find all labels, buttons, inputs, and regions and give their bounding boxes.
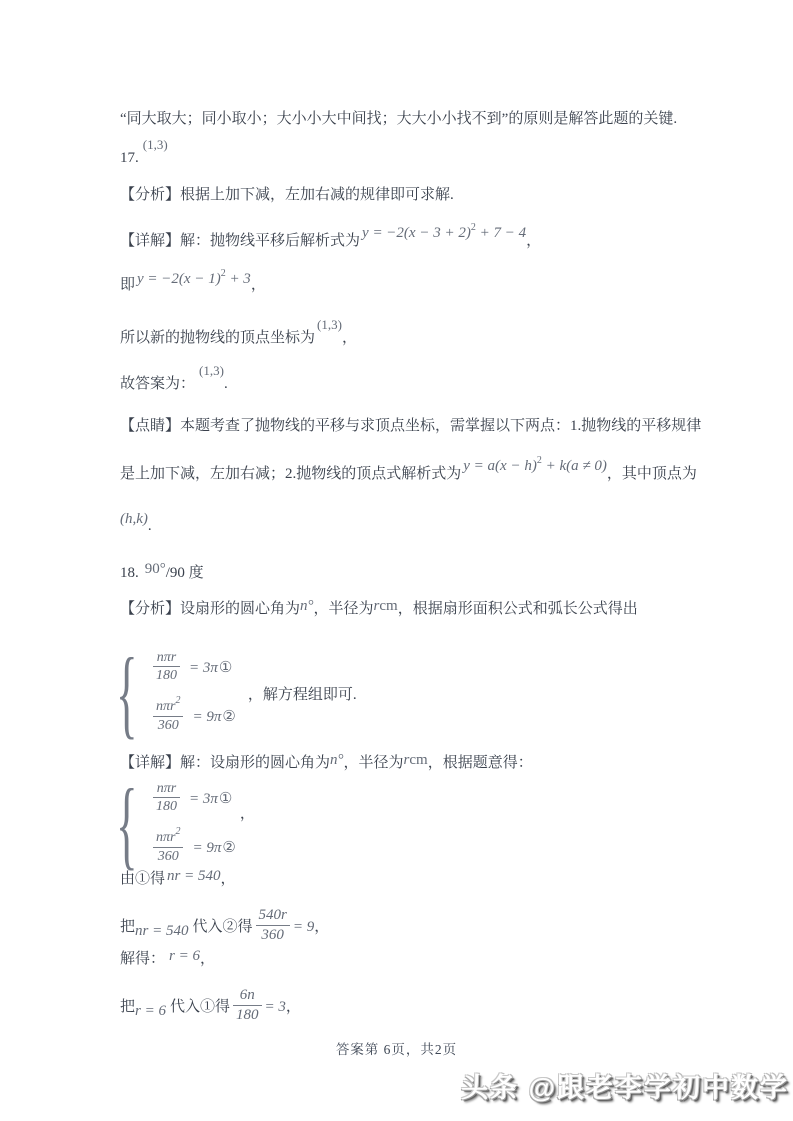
- remark-text-2-tail: ，其中顶点为: [607, 466, 697, 482]
- question-18-analysis: 【分析】设扇形的圆心角为n°，半径为rcm，根据扇形面积公式和弧长公式得出: [120, 598, 638, 620]
- answer-value: (1,3): [199, 363, 224, 378]
- fraction-rhs: = 9: [293, 919, 314, 935]
- document-page: “同大取大；同小取小；大小小大中间找；大大小小找不到”的原则是解答此题的关键. …: [0, 0, 793, 1121]
- vertex-coordinates: (h,k): [120, 508, 148, 530]
- question-18-detail: 【详解】解：设扇形的圆心角为n°，半径为rcm，根据题意得：: [120, 752, 533, 774]
- remark-text-1: 本题考查了抛物线的平移与求顶点坐标，需掌握以下两点：1.抛物线的平移规律: [180, 418, 701, 434]
- analysis-label: 【分析】: [120, 601, 180, 617]
- comma: ，: [251, 277, 266, 293]
- period: .: [224, 376, 228, 392]
- page-footer: 答案第 6页，共2页: [0, 1038, 793, 1058]
- var-n: n°: [300, 595, 314, 617]
- comma: ，: [526, 233, 541, 249]
- unit-cm: cm: [409, 749, 427, 771]
- equation-system-analysis: { nπr180= 3π① nπr2360= 9π② ，解方程组即可.: [116, 645, 357, 741]
- fraction: nπr180: [153, 780, 180, 815]
- step-lead: 把: [120, 999, 135, 1015]
- detail-between: ，半径为: [344, 755, 404, 771]
- fraction: 540r360: [256, 906, 290, 945]
- formula-simplified: y = −2(x − 1)2 + 3: [137, 268, 251, 292]
- analysis-lead: 设扇形的圆心角为: [180, 601, 300, 617]
- equation-list: nπr180= 3π① nπr2360= 9π②: [150, 782, 236, 867]
- circled-2: ②: [222, 709, 235, 725]
- fraction: nπr2360: [153, 698, 183, 734]
- comma: ，: [240, 802, 255, 823]
- question-17-line: 17.(1,3): [120, 147, 168, 169]
- fraction-rhs: = 3: [265, 999, 286, 1015]
- solve-hint: ，解方程组即可.: [248, 683, 357, 704]
- comma: ，: [314, 919, 329, 935]
- formula-shifted: y = −2(x − 3 + 2)2 + 7 − 4: [362, 222, 526, 246]
- question-17-answer: (1,3): [143, 137, 168, 152]
- question-18-step-2: 把nr = 540代入②得540r360= 9，: [120, 908, 329, 947]
- vertex-lead: 所以新的抛物线的顶点坐标为: [120, 330, 315, 346]
- period: .: [148, 515, 152, 537]
- question-17-remark-2: 是上加下减，左加右减；2.抛物线的顶点式解析式为y = a(x − h)2 + …: [120, 463, 697, 487]
- circled-1: ①: [219, 791, 232, 807]
- question-17-remark-3: (h,k).: [120, 511, 152, 533]
- question-17-remark-1: 【点睛】本题考查了抛物线的平移与求顶点坐标，需掌握以下两点：1.抛物线的平移规律: [120, 415, 701, 437]
- analysis-label: 【分析】: [120, 187, 180, 203]
- analysis-text: 根据上加下减，左加右减的规律即可求解.: [180, 187, 454, 203]
- step-mid: 代入②得: [192, 919, 252, 935]
- solution-key-note: “同大取大；同小取小；大小小大中间找；大大小小找不到”的原则是解答此题的关键.: [120, 108, 677, 130]
- question-18-answer-math: 90°: [145, 558, 166, 580]
- step-lead: 解得：: [120, 951, 165, 967]
- step-mid: 代入①得: [170, 999, 230, 1015]
- fraction: nπr2360: [153, 829, 183, 865]
- question-17-analysis: 【分析】根据上加下减，左加右减的规律即可求解.: [120, 184, 454, 206]
- system-brace: {: [116, 779, 138, 869]
- analysis-tail: ，根据扇形面积公式和弧长公式得出: [398, 601, 638, 617]
- question-18-step-3: 解得：r = 6，: [120, 948, 215, 970]
- question-18-step-1: 由①得nr = 540，: [120, 868, 236, 890]
- question-17-vertex-line: 所以新的抛物线的顶点坐标为(1,3)，: [120, 327, 357, 349]
- detail-tail: ，根据题意得：: [428, 755, 533, 771]
- comma: ，: [342, 330, 357, 346]
- question-18-step-4: 把r = 6代入①得6n180= 3，: [120, 988, 301, 1027]
- comma: ，: [200, 951, 215, 967]
- equation-1: nπr180= 3π①: [150, 782, 236, 817]
- remark-label: 【点睛】: [120, 418, 180, 434]
- step-math: r = 6: [169, 945, 200, 967]
- watermark: 头条 @跟老李学初中数学: [461, 1066, 789, 1105]
- fraction: 6n180: [233, 986, 262, 1025]
- detail-lead: 解：设扇形的圆心角为: [180, 755, 330, 771]
- question-18-line: 18.90°/90 度: [120, 562, 204, 584]
- analysis-between: ，半径为: [314, 601, 374, 617]
- question-17-number: 17.: [120, 150, 139, 166]
- system-brace: {: [116, 648, 138, 738]
- vertex-value: (1,3): [317, 317, 342, 332]
- question-17-detail: 【详解】解：抛物线平移后解析式为y = −2(x − 3 + 2)2 + 7 −…: [120, 230, 541, 254]
- circled-2: ②: [222, 840, 235, 856]
- step-math: nr = 540: [135, 920, 188, 942]
- fraction: nπr180: [153, 649, 180, 684]
- comma: ，: [286, 999, 301, 1015]
- unit-cm: cm: [379, 595, 397, 617]
- equation-1: nπr180= 3π①: [150, 651, 236, 686]
- question-17-simplified: 即y = −2(x − 1)2 + 3，: [120, 274, 266, 298]
- var-n: n°: [330, 749, 344, 771]
- question-18-answer-tail: /90 度: [166, 565, 204, 581]
- comma: ，: [220, 871, 235, 887]
- step-lead: 由①得: [120, 871, 165, 887]
- remark-text-2-lead: 是上加下减，左加右减；2.抛物线的顶点式解析式为: [120, 466, 461, 482]
- simplify-lead: 即: [120, 277, 135, 293]
- answer-lead: 故答案为：: [120, 376, 195, 392]
- detail-label: 【详解】: [120, 233, 180, 249]
- question-17-answer-line: 故答案为：(1,3).: [120, 373, 228, 395]
- equation-system-detail: { nπr180= 3π① nπr2360= 9π② ，: [116, 778, 255, 870]
- question-18-number: 18.: [120, 565, 139, 581]
- detail-lead: 解：抛物线平移后解析式为: [180, 233, 360, 249]
- equation-list: nπr180= 3π① nπr2360= 9π②: [150, 651, 236, 736]
- circled-1: ①: [219, 660, 232, 676]
- step-math: nr = 540: [167, 865, 220, 887]
- formula-vertex-form: y = a(x − h)2 + k(a ≠ 0): [463, 455, 607, 479]
- step-math: r = 6: [135, 1000, 166, 1022]
- step-lead: 把: [120, 919, 135, 935]
- equation-2: nπr2360= 9π②: [150, 700, 236, 736]
- equation-2: nπr2360= 9π②: [150, 831, 236, 867]
